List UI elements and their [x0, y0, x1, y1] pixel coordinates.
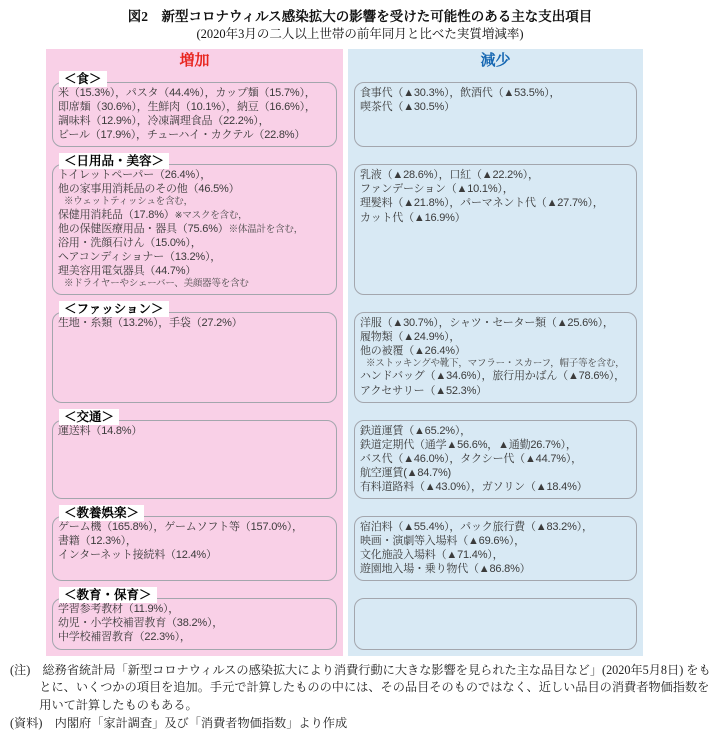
text-line: 生地・糸類（13.2%），手袋（27.2%）	[58, 316, 331, 330]
text-line: 調味料（12.9%），冷凍調理食品（22.2%），	[58, 114, 331, 128]
section-transport-label: ＜交通＞	[59, 409, 119, 425]
text-line: 宿泊料（▲55.4%），パック旅行費（▲83.2%），	[360, 520, 631, 534]
decrease-column-header: 減少	[348, 49, 643, 71]
text-line: 有料道路料（▲43.0%），ガソリン（▲18.4%）	[360, 480, 631, 494]
fashion-increase-box: 生地・糸類（13.2%），手袋（27.2%）	[52, 312, 337, 403]
section-education-decrease-cell	[348, 587, 643, 655]
figure-subtitle: (2020年3月の二人以上世帯の前年同月と比べた実質増減率)	[0, 26, 720, 43]
text-line: 乳液（▲28.6%），口紅（▲22.2%），	[360, 168, 631, 182]
text-segment: 保健用消耗品（17.8%）	[58, 209, 175, 221]
text-line: 他の保健医療用品・器具（75.6%）※体温計を含む，	[58, 222, 331, 236]
text-line: インターネット接続料（12.4%）	[58, 548, 331, 562]
text-line: 映画・演劇等入場料（▲69.6%），	[360, 534, 631, 548]
text-line: 即席麺（30.6%），生鮮肉（10.1%），納豆（16.6%），	[58, 100, 331, 114]
section-daily-beauty-increase-cell: ＜日用品・美容＞ トイレットペーパー（26.4%），他の家事用消耗品のその他（4…	[46, 153, 343, 300]
text-line: ゲーム機（165.8%），ゲームソフト等（157.0%），	[58, 520, 331, 534]
figure-page: 図2 新型コロナウィルス感染拡大の影響を受けた可能性のある主な支出項目 (202…	[0, 0, 720, 732]
transport-decrease-box: 鉄道運賃（▲65.2%），鉄道定期代（通学▲56.6%，▲通勤26.7%），バス…	[354, 420, 637, 499]
text-line: ※ドライヤーやシェーバー、美顔器等を含む	[58, 278, 331, 289]
text-segment: ※マスクを含む，	[175, 210, 248, 221]
fashion-decrease-box: 洋服（▲30.7%），シャツ・セーター類（▲25.6%），履物類（▲24.9%）…	[354, 312, 637, 403]
text-line: 航空運賃(▲84.7%)	[360, 466, 631, 480]
text-line: 洋服（▲30.7%），シャツ・セーター類（▲25.6%），	[360, 316, 631, 330]
section-food-decrease-cell: 食事代（▲30.3%），飲酒代（▲53.5%），喫茶代（▲30.5%）	[348, 71, 643, 153]
food-decrease-box: 食事代（▲30.3%），飲酒代（▲53.5%），喫茶代（▲30.5%）	[354, 82, 637, 147]
section-daily-beauty-label: ＜日用品・美容＞	[59, 153, 169, 169]
text-line: ヘアコンディショナー（13.2%），	[58, 250, 331, 264]
section-recreation-decrease-cell: 宿泊料（▲55.4%），パック旅行費（▲83.2%），映画・演劇等入場料（▲69…	[348, 505, 643, 587]
material-note: (資料) 内閣府「家計調査」及び「消費者物価指数」より作成	[10, 715, 712, 733]
text-line: アクセサリー（▲52.3%）	[360, 384, 631, 398]
text-line: ※ストッキングや靴下，マフラー・スカーフ，帽子等を含む，	[360, 358, 631, 369]
text-line: 鉄道定期代（通学▲56.6%，▲通勤26.7%），	[360, 438, 631, 452]
text-line: 保健用消耗品（17.8%）※マスクを含む，	[58, 208, 331, 222]
section-food-increase-cell: ＜食＞ 米（15.3%），パスタ（44.4%），カップ麺（15.7%），即席麺（…	[46, 71, 343, 153]
text-line: 喫茶代（▲30.5%）	[360, 100, 631, 114]
text-line: 幼児・小学校補習教育（38.2%），	[58, 616, 331, 630]
section-recreation-label: ＜教養娯楽＞	[59, 505, 144, 521]
text-line: ハンドバッグ（▲34.6%），旅行用かばん（▲78.6%），	[360, 369, 631, 383]
text-segment: 他の保健医療用品・器具（75.6%）	[58, 223, 229, 235]
text-line: カット代（▲16.9%）	[360, 211, 631, 225]
section-transport-decrease-cell: 鉄道運賃（▲65.2%），鉄道定期代（通学▲56.6%，▲通勤26.7%），バス…	[348, 409, 643, 505]
recreation-decrease-box: 宿泊料（▲55.4%），パック旅行費（▲83.2%），映画・演劇等入場料（▲69…	[354, 516, 637, 581]
section-education-label: ＜教育・保育＞	[59, 587, 157, 603]
food-increase-box: 米（15.3%），パスタ（44.4%），カップ麺（15.7%），即席麺（30.6…	[52, 82, 337, 147]
text-line: ビール（17.9%），チューハイ・カクテル（22.8%）	[58, 128, 331, 142]
text-line: 運送料（14.8%）	[58, 424, 331, 438]
text-line: 食事代（▲30.3%），飲酒代（▲53.5%），	[360, 86, 631, 100]
section-fashion-decrease-cell: 洋服（▲30.7%），シャツ・セーター類（▲25.6%），履物類（▲24.9%）…	[348, 301, 643, 409]
recreation-increase-box: ゲーム機（165.8%），ゲームソフト等（157.0%），書籍（12.3%），イ…	[52, 516, 337, 581]
figure-body: 増加 減少 ＜食＞ 米（15.3%），パスタ（44.4%），カップ麺（15.7%…	[46, 49, 720, 656]
text-line: 遊園地入場・乗り物代（▲86.8%）	[360, 562, 631, 576]
text-line: 書籍（12.3%），	[58, 534, 331, 548]
section-food-label: ＜食＞	[59, 71, 107, 87]
source-note: (注) 総務省統計局「新型コロナウィルスの感染拡大により消費行動に大きな影響を見…	[10, 662, 712, 715]
text-line: ファンデーション（▲10.1%），	[360, 182, 631, 196]
title-block: 図2 新型コロナウィルス感染拡大の影響を受けた可能性のある主な支出項目 (202…	[0, 0, 720, 43]
daily-beauty-increase-box: トイレットペーパー（26.4%），他の家事用消耗品のその他（46.5%）※ウェッ…	[52, 164, 337, 294]
section-daily-beauty-decrease-cell: 乳液（▲28.6%），口紅（▲22.2%），ファンデーション（▲10.1%），理…	[348, 153, 643, 300]
text-line: ※ウェットティッシュを含む，	[58, 196, 331, 207]
text-line: 中学校補習教育（22.3%），	[58, 630, 331, 644]
text-line: 理美容用電気器具（44.7%）	[58, 264, 331, 278]
section-fashion-label: ＜ファッション＞	[59, 301, 169, 317]
notes-block: (注) 総務省統計局「新型コロナウィルスの感染拡大により消費行動に大きな影響を見…	[10, 662, 712, 733]
section-transport-increase-cell: ＜交通＞ 運送料（14.8%）	[46, 409, 343, 505]
figure-title: 図2 新型コロナウィルス感染拡大の影響を受けた可能性のある主な支出項目	[0, 8, 720, 26]
text-segment: ※体温計を含む，	[229, 224, 303, 235]
text-line: トイレットペーパー（26.4%），	[58, 168, 331, 182]
section-recreation-increase-cell: ＜教養娯楽＞ ゲーム機（165.8%），ゲームソフト等（157.0%），書籍（1…	[46, 505, 343, 587]
text-line: 他の被覆（▲26.4%）	[360, 344, 631, 358]
text-line: 学習参考教材（11.9%），	[58, 602, 331, 616]
text-line: 鉄道運賃（▲65.2%），	[360, 424, 631, 438]
text-line: 履物類（▲24.9%），	[360, 330, 631, 344]
section-education-increase-cell: ＜教育・保育＞ 学習参考教材（11.9%），幼児・小学校補習教育（38.2%），…	[46, 587, 343, 655]
text-line: 他の家事用消耗品のその他（46.5%）	[58, 182, 331, 196]
education-increase-box: 学習参考教材（11.9%），幼児・小学校補習教育（38.2%），中学校補習教育（…	[52, 598, 337, 649]
text-line: 浴用・洗顔石けん（15.0%），	[58, 236, 331, 250]
transport-increase-box: 運送料（14.8%）	[52, 420, 337, 499]
text-line: バス代（▲46.0%），タクシー代（▲44.7%），	[360, 452, 631, 466]
section-fashion-increase-cell: ＜ファッション＞ 生地・糸類（13.2%），手袋（27.2%）	[46, 301, 343, 409]
increase-column-header: 増加	[46, 49, 343, 71]
education-decrease-box	[354, 598, 637, 649]
text-line: 文化施設入場料（▲71.4%），	[360, 548, 631, 562]
text-line: 理髪料（▲21.8%），パーマネント代（▲27.7%），	[360, 196, 631, 210]
text-line: 米（15.3%），パスタ（44.4%），カップ麺（15.7%），	[58, 86, 331, 100]
daily-beauty-decrease-box: 乳液（▲28.6%），口紅（▲22.2%），ファンデーション（▲10.1%），理…	[354, 164, 637, 294]
